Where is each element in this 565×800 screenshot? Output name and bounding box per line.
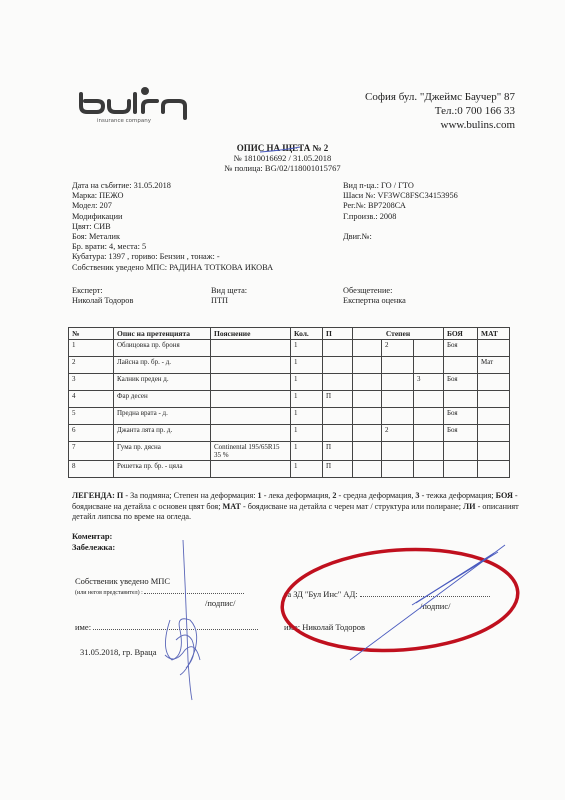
svg-text:insurance company: insurance company <box>97 118 152 124</box>
header-degree: Степен <box>353 328 444 340</box>
row-explanation <box>211 391 291 408</box>
legend: ЛЕГЕНДА: П - За подмяна; Степен на дефор… <box>72 491 522 523</box>
vehicle-info-line: Цвят: СИВ <box>72 222 273 232</box>
row-matte: Мат <box>478 357 510 374</box>
claim-number: № 1810016692 / 31.05.2018 <box>0 153 565 163</box>
row-degree-3 <box>414 408 444 425</box>
owner-name-label: име: <box>75 622 91 632</box>
table-row: 5Предна врата - д.1Боя <box>69 408 510 425</box>
legend-description: - тежка деформация; <box>420 491 496 500</box>
row-degree-1 <box>353 357 382 374</box>
row-replace: П <box>323 461 353 478</box>
row-description: Джанта лята пр. д. <box>114 425 211 442</box>
row-matte <box>478 408 510 425</box>
table-row: 2Лайсна пр. бр. - д.1Мат <box>69 357 510 374</box>
document-title: ОПИС НА ЩЕТА № 2 <box>0 143 565 153</box>
row-replace <box>323 408 353 425</box>
note-label: Забележка: <box>72 542 115 553</box>
row-quantity: 1 <box>291 442 323 461</box>
row-quantity: 1 <box>291 374 323 391</box>
row-replace: П <box>323 442 353 461</box>
owner-signature-scribble-icon <box>165 540 200 700</box>
owner-signature-line <box>144 593 244 594</box>
expert-label: Експерт: <box>72 286 133 296</box>
row-degree-2 <box>382 374 414 391</box>
row-matte <box>478 374 510 391</box>
row-replace: П <box>323 391 353 408</box>
row-matte <box>478 340 510 357</box>
table-row: 3Калник преден д.13Боя <box>69 374 510 391</box>
insurer-label: за ЗД "Бул Инс" АД: <box>284 589 358 599</box>
row-quantity: 1 <box>291 461 323 478</box>
owner-signature-caption: /подпис/ <box>205 598 235 608</box>
header-replace: П <box>323 328 353 340</box>
row-degree-1 <box>353 391 382 408</box>
row-explanation: Continental 195/65R15 35 % <box>211 442 291 461</box>
row-number: 6 <box>69 425 114 442</box>
row-degree-3 <box>414 442 444 461</box>
vehicle-info-right: Вид п-ца.: ГО / ГТОШаси №: VF3WC8FSC3415… <box>343 181 458 242</box>
legend-key: ЛИ <box>463 502 475 511</box>
bulins-logo: insurance company <box>75 82 195 124</box>
company-address: София бул. "Джеймс Баучер" 87 <box>365 90 515 104</box>
header-description: Опис на претенцията <box>114 328 211 340</box>
owner-rep-label: (или негов представител) : <box>75 590 143 596</box>
logo-graphic-icon: insurance company <box>75 82 195 124</box>
row-paint <box>444 391 478 408</box>
row-explanation <box>211 374 291 391</box>
row-paint: Боя <box>444 408 478 425</box>
vehicle-info-line: Вид п-ца.: ГО / ГТО <box>343 181 458 191</box>
row-matte <box>478 391 510 408</box>
date-place: 31.05.2018, гр. Враца <box>80 647 157 657</box>
vehicle-info-left: Дата на събитие: 31.05.2018Марка: ПЕЖОМо… <box>72 181 273 273</box>
row-replace <box>323 357 353 374</box>
row-degree-3: 3 <box>414 374 444 391</box>
row-degree-2 <box>382 461 414 478</box>
row-degree-2: 2 <box>382 425 414 442</box>
row-number: 7 <box>69 442 114 461</box>
insurer-name-line: име: Николай Тодоров <box>284 622 365 632</box>
table-row: 6Джанта лята пр. д.12Боя <box>69 425 510 442</box>
row-replace <box>323 340 353 357</box>
row-degree-3 <box>414 357 444 374</box>
compensation-block: Обезщетение: Експертна оценка <box>343 286 406 306</box>
vehicle-info-line: Собственик уведено МПС: РАДИНА ТОТКОВА И… <box>72 263 273 273</box>
vehicle-info-line: Боя: Металик <box>72 232 273 242</box>
legend-label: ЛЕГЕНДА: <box>72 491 115 500</box>
row-degree-2 <box>382 357 414 374</box>
row-description: Гума пр. дясна <box>114 442 211 461</box>
vehicle-info-line: Шаси №: VF3WC8FSC34153956 <box>343 191 458 201</box>
insurer-line: за ЗД "Бул Инс" АД: <box>284 589 490 599</box>
row-number: 3 <box>69 374 114 391</box>
header-paint: БОЯ <box>444 328 478 340</box>
row-paint <box>444 357 478 374</box>
vehicle-info-line: Марка: ПЕЖО <box>72 191 273 201</box>
legend-key: МАТ <box>223 502 241 511</box>
vehicle-info-line: Кубатура: 1397 , гориво: Бензин , тонаж:… <box>72 252 273 262</box>
row-explanation <box>211 408 291 425</box>
claim-type-value: ПТП <box>211 296 247 306</box>
comment-label: Коментар: <box>72 531 115 542</box>
row-description: Лайсна пр. бр. - д. <box>114 357 211 374</box>
compensation-label: Обезщетение: <box>343 286 406 296</box>
vehicle-info-line: Рег.№: ВР7208СА <box>343 201 458 211</box>
row-description: Фар десен <box>114 391 211 408</box>
vehicle-info-line: Модификации <box>72 212 273 222</box>
insurer-name-value: Николай Тодоров <box>302 622 365 632</box>
row-degree-3 <box>414 425 444 442</box>
expert-value: Николай Тодоров <box>72 296 133 306</box>
row-matte <box>478 442 510 461</box>
company-contact: София бул. "Джеймс Баучер" 87 Тел.:0 700… <box>365 90 515 132</box>
table-row: 1Облицовка пр. броня12Боя <box>69 340 510 357</box>
row-description: Решетка пр. бр. - цяла <box>114 461 211 478</box>
row-explanation <box>211 461 291 478</box>
row-quantity: 1 <box>291 408 323 425</box>
row-explanation <box>211 340 291 357</box>
row-degree-3 <box>414 461 444 478</box>
row-quantity: 1 <box>291 340 323 357</box>
owner-name-dots <box>93 629 258 630</box>
row-paint: Боя <box>444 340 478 357</box>
row-number: 1 <box>69 340 114 357</box>
row-explanation <box>211 425 291 442</box>
row-degree-2 <box>382 442 414 461</box>
legend-key: БОЯ <box>496 491 513 500</box>
row-paint <box>444 461 478 478</box>
claim-type-block: Вид щета: ПТП <box>211 286 247 306</box>
row-degree-1 <box>353 340 382 357</box>
row-number: 2 <box>69 357 114 374</box>
vehicle-info-line: Г.произв.: 2008 <box>343 212 458 222</box>
header-no: № <box>69 328 114 340</box>
vehicle-info-line: Двиг.№: <box>343 232 458 242</box>
row-paint: Боя <box>444 425 478 442</box>
row-paint <box>444 442 478 461</box>
row-matte <box>478 425 510 442</box>
row-description: Калник преден д. <box>114 374 211 391</box>
owner-representative-line: (или негов представител) : <box>75 590 244 596</box>
company-phone: Тел.:0 700 166 33 <box>365 104 515 118</box>
vehicle-info-line: Модел: 207 <box>72 201 273 211</box>
row-replace <box>323 374 353 391</box>
row-degree-1 <box>353 461 382 478</box>
row-number: 8 <box>69 461 114 478</box>
table-row: 8Решетка пр. бр. - цяла1П <box>69 461 510 478</box>
compensation-value: Експертна оценка <box>343 296 406 306</box>
expert-block: Експерт: Николай Тодоров <box>72 286 133 306</box>
row-quantity: 1 <box>291 391 323 408</box>
row-number: 4 <box>69 391 114 408</box>
row-paint: Боя <box>444 374 478 391</box>
row-degree-1 <box>353 374 382 391</box>
claim-type-label: Вид щета: <box>211 286 247 296</box>
row-degree-2: 2 <box>382 340 414 357</box>
row-description: Предна врата - д. <box>114 408 211 425</box>
vehicle-info-line: Бр. врати: 4, места: 5 <box>72 242 273 252</box>
comments-block: Коментар: Забележка: <box>72 531 115 553</box>
row-quantity: 1 <box>291 357 323 374</box>
insurer-name-label: име: <box>284 622 300 632</box>
legend-description: - боядисване на детайла с черен мат / ст… <box>241 502 463 511</box>
owner-name-line: име: <box>75 622 258 632</box>
row-explanation <box>211 357 291 374</box>
row-degree-1 <box>353 442 382 461</box>
row-degree-2 <box>382 391 414 408</box>
row-degree-3 <box>414 391 444 408</box>
vehicle-info-line: Дата на събитие: 31.05.2018 <box>72 181 273 191</box>
insurer-signature-caption: /подпис/ <box>420 601 450 611</box>
table-row: 7Гума пр. дяснаContinental 195/65R15 35 … <box>69 442 510 461</box>
company-website: www.bulins.com <box>365 118 515 132</box>
insurer-signature-line <box>360 596 490 597</box>
header-explanation: Пояснение <box>211 328 291 340</box>
table-row: 4Фар десен1П <box>69 391 510 408</box>
row-degree-3 <box>414 340 444 357</box>
legend-description: - За подмяна; Степен на деформация: <box>123 491 257 500</box>
document-title-block: ОПИС НА ЩЕТА № 2 № 1810016692 / 31.05.20… <box>0 143 565 173</box>
header-quantity: Кол. <box>291 328 323 340</box>
row-matte <box>478 461 510 478</box>
vehicle-info-line <box>343 222 458 232</box>
row-quantity: 1 <box>291 425 323 442</box>
policy-number: № полица: BG/02/118001015767 <box>0 163 565 173</box>
header-matte: МАТ <box>478 328 510 340</box>
table-header-row: № Опис на претенцията Пояснение Кол. П С… <box>69 328 510 340</box>
row-replace <box>323 425 353 442</box>
owner-title: Собственик уведено МПС <box>75 576 170 586</box>
legend-description: - средна деформация, <box>336 491 415 500</box>
row-number: 5 <box>69 408 114 425</box>
row-degree-1 <box>353 425 382 442</box>
legend-description: - лека деформация, <box>262 491 333 500</box>
row-degree-1 <box>353 408 382 425</box>
row-degree-2 <box>382 408 414 425</box>
red-circle-mark-icon <box>279 542 521 658</box>
claims-table: № Опис на претенцията Пояснение Кол. П С… <box>68 327 510 478</box>
row-description: Облицовка пр. броня <box>114 340 211 357</box>
